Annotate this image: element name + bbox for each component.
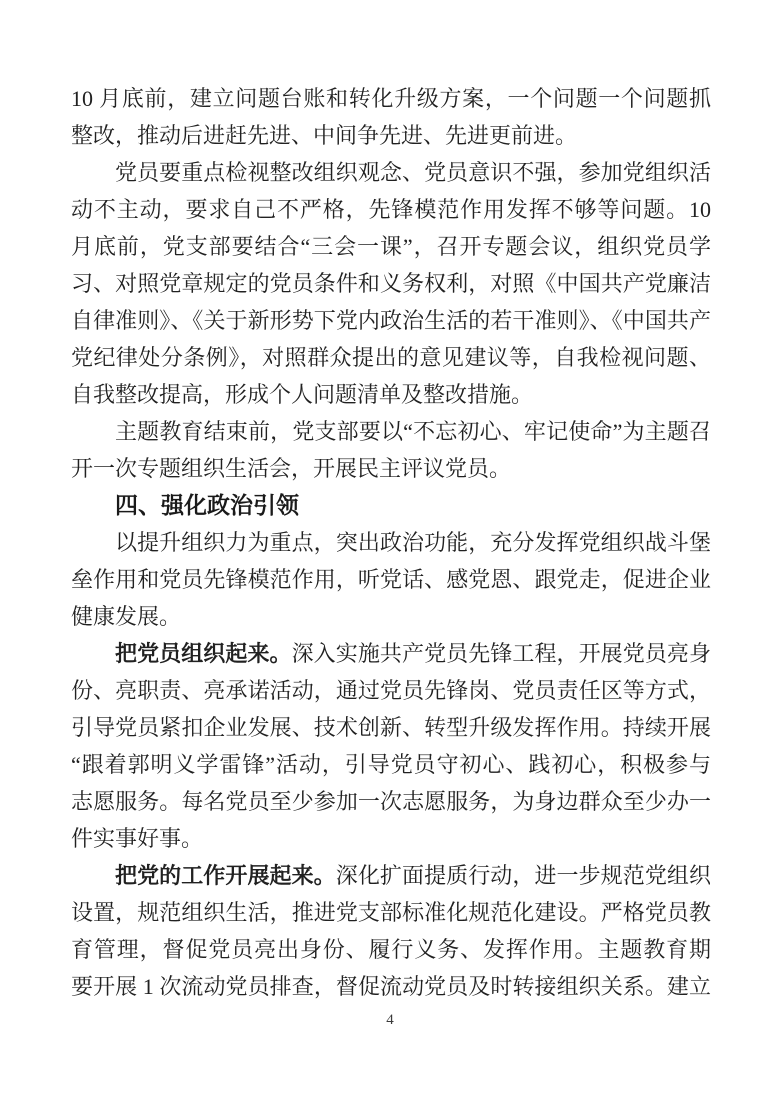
bold-lead-text: 把党的工作开展起来。	[115, 863, 336, 888]
body-text: 份、亮职责、亮承诺活动，通过党员先锋岗、党员责任区等方式，	[71, 678, 711, 703]
body-text: 整改，推动后进赶先进、中间争先进、先进更前进。	[71, 123, 577, 148]
text-line: 动不主动，要求自己不严格，先锋模范作用发挥不够等问题。10	[71, 191, 711, 228]
body-text: 健康发展。	[71, 604, 181, 629]
document-page: 10 月底前，建立问题台账和转化升级方案，一个问题一个问题抓整改，推动后进赶先进…	[0, 0, 780, 1103]
body-text: 垒作用和党员先锋模范作用，听党话、感党恩、跟党走，促进企业	[71, 567, 711, 592]
text-line: 习、对照党章规定的党员条件和义务权利，对照《中国共产党廉洁	[71, 265, 711, 302]
text-line: 自律准则》、《关于新形势下党内政治生活的若干准则》、《中国共产	[71, 302, 711, 339]
body-text: 引导党员紧扣企业发展、技术创新、转型升级发挥作用。持续开展	[71, 715, 711, 740]
text-line: 把党的工作开展起来。深化扩面提质行动，进一步规范党组织	[71, 857, 711, 894]
body-text: 党员要重点检视整改组织观念、党员意识不强，参加党组织活	[115, 160, 711, 185]
body-text: 育管理，督促党员亮出身份、履行义务、发挥作用。主题教育期间，	[71, 937, 711, 968]
text-line: 自我整改提高，形成个人问题清单及整改措施。	[71, 376, 711, 413]
body-text: 主题教育结束前，党支部要以“不忘初心、牢记使命”为主题召	[115, 419, 711, 444]
body-text: 习、对照党章规定的党员条件和义务权利，对照《中国共产党廉洁	[71, 271, 711, 296]
bold-lead-text: 把党员组织起来。	[115, 641, 292, 666]
text-line: 育管理，督促党员亮出身份、履行义务、发挥作用。主题教育期间，	[71, 931, 711, 968]
text-line: 党员要重点检视整改组织观念、党员意识不强，参加党组织活	[71, 154, 711, 191]
text-line: 以提升组织力为重点，突出政治功能，充分发挥党组织战斗堡	[71, 524, 711, 561]
text-line: 10 月底前，建立问题台账和转化升级方案，一个问题一个问题抓	[71, 80, 711, 117]
text-line: 主题教育结束前，党支部要以“不忘初心、牢记使命”为主题召	[71, 413, 711, 450]
body-text: “跟着郭明义学雷锋”活动，引导党员守初心、践初心，积极参与	[71, 752, 711, 777]
text-line: 引导党员紧扣企业发展、技术创新、转型升级发挥作用。持续开展	[71, 709, 711, 746]
section-heading: 四、强化政治引领	[71, 487, 711, 524]
body-text: 动不主动，要求自己不严格，先锋模范作用发挥不够等问题。10	[71, 197, 711, 222]
text-line: 要开展 1 次流动党员排查，督促流动党员及时转接组织关系。建立	[71, 968, 711, 1005]
text-line: 党纪律处分条例》，对照群众提出的意见建议等，自我检视问题、	[71, 339, 711, 376]
text-line: 健康发展。	[71, 598, 711, 635]
body-text: 以提升组织力为重点，突出政治功能，充分发挥党组织战斗堡	[115, 530, 711, 555]
page-number: 4	[0, 1012, 780, 1029]
text-line: 月底前，党支部要结合“三会一课”，召开专题会议，组织党员学	[71, 228, 711, 265]
text-line: 整改，推动后进赶先进、中间争先进、先进更前进。	[71, 117, 711, 154]
text-line: 设置，规范组织生活，推进党支部标准化规范化建设。严格党员教	[71, 894, 711, 931]
body-text: 自我整改提高，形成个人问题清单及整改措施。	[71, 382, 533, 407]
body-text: 深化扩面提质行动，进一步规范党组织	[336, 863, 711, 888]
body-text: 深入实施共产党员先锋工程，开展党员亮身	[292, 641, 711, 666]
body-text: 自律准则》、《关于新形势下党内政治生活的若干准则》、《中国共产	[71, 308, 711, 333]
document-body: 10 月底前，建立问题台账和转化升级方案，一个问题一个问题抓整改，推动后进赶先进…	[71, 80, 711, 1005]
body-text: 要开展 1 次流动党员排查，督促流动党员及时转接组织关系。建立	[71, 974, 711, 999]
body-text: 党纪律处分条例》，对照群众提出的意见建议等，自我检视问题、	[71, 345, 711, 370]
text-line: 件实事好事。	[71, 820, 711, 857]
body-text: 开一次专题组织生活会，开展民主评议党员。	[71, 456, 511, 481]
body-text: 10 月底前，建立问题台账和转化升级方案，一个问题一个问题抓	[71, 86, 711, 111]
text-line: 份、亮职责、亮承诺活动，通过党员先锋岗、党员责任区等方式，	[71, 672, 711, 709]
text-line: 把党员组织起来。深入实施共产党员先锋工程，开展党员亮身	[71, 635, 711, 672]
body-text: 四、强化政治引领	[115, 492, 299, 518]
body-text: 志愿服务。每名党员至少参加一次志愿服务，为身边群众至少办一	[71, 789, 711, 814]
body-text: 月底前，党支部要结合“三会一课”，召开专题会议，组织党员学	[71, 234, 711, 259]
text-line: 志愿服务。每名党员至少参加一次志愿服务，为身边群众至少办一	[71, 783, 711, 820]
text-line: “跟着郭明义学雷锋”活动，引导党员守初心、践初心，积极参与	[71, 746, 711, 783]
body-text: 件实事好事。	[71, 826, 203, 851]
text-line: 垒作用和党员先锋模范作用，听党话、感党恩、跟党走，促进企业	[71, 561, 711, 598]
body-text: 设置，规范组织生活，推进党支部标准化规范化建设。严格党员教	[71, 900, 711, 925]
text-line: 开一次专题组织生活会，开展民主评议党员。	[71, 450, 711, 487]
